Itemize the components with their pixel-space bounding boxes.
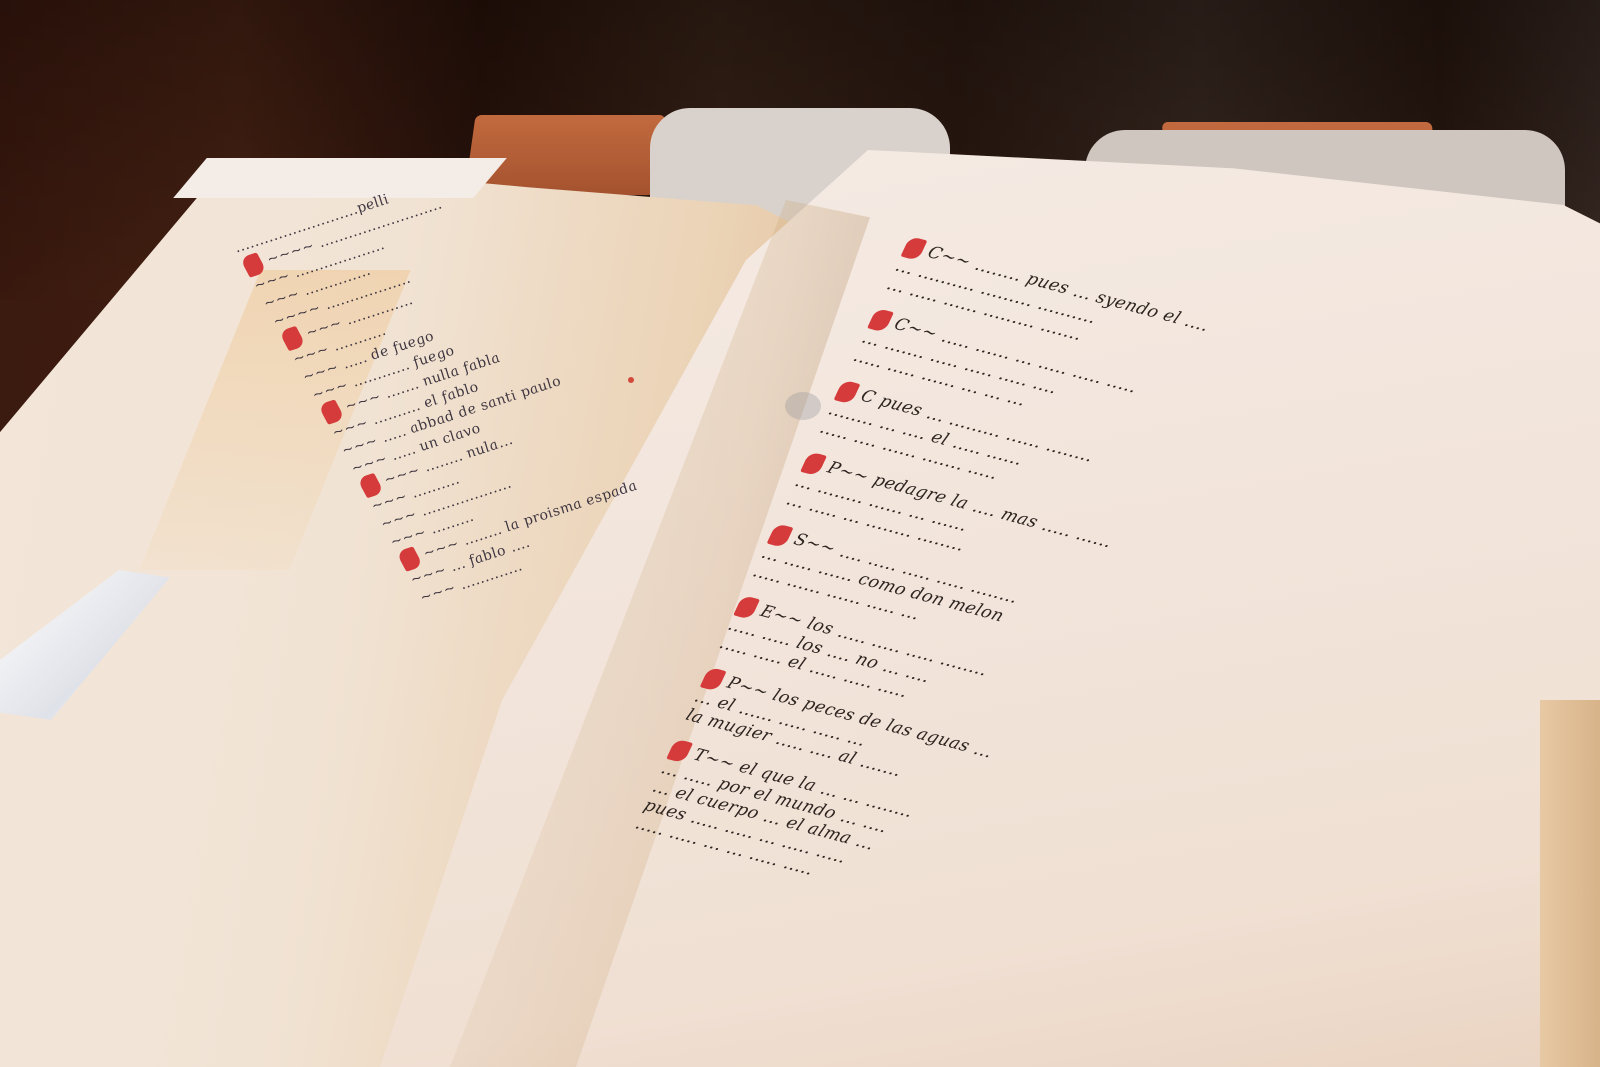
- grey-smudge: [785, 392, 821, 420]
- right-page-edge: [1540, 700, 1600, 1067]
- red-ink-spot: [628, 377, 634, 383]
- book-stand-left-support: [464, 115, 665, 195]
